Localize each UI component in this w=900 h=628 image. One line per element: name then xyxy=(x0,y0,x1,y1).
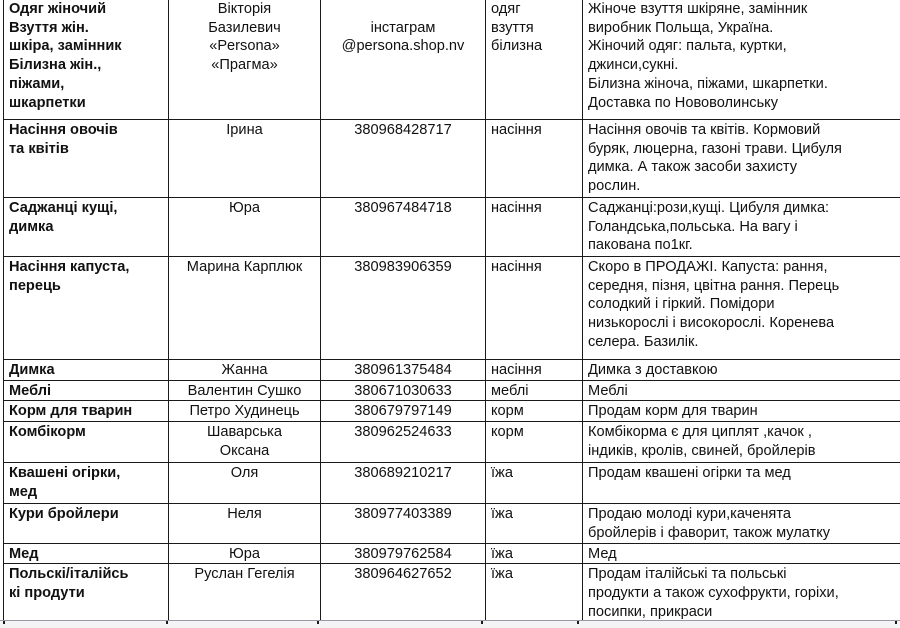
product-cell-line: піжами, xyxy=(9,75,163,94)
contact-cell: 380983906359 xyxy=(321,257,486,360)
seller-cell-line: Шаварська xyxy=(174,423,315,442)
description-cell-line: солодкий і гіркий. Помідори xyxy=(588,295,895,314)
listings-table-body: Одяг жіночийВзуття жін.шкіра, замінникБі… xyxy=(4,0,900,626)
table-row: Насіння капуста,перецьМарина Карплюк3809… xyxy=(4,257,900,360)
description-cell-line: джинси,сукні. xyxy=(588,56,895,75)
seller-cell: Руслан Гегелія xyxy=(169,564,321,626)
product-cell-line: мед xyxy=(9,483,163,502)
category-cell-line: насіння xyxy=(491,199,577,218)
seller-cell: ВікторіяБазилевич«Persona»«Прагма» xyxy=(169,0,321,120)
category-cell: їжа xyxy=(486,504,583,543)
description-cell: Продам корм для тварин xyxy=(583,401,900,422)
description-cell-line: низькорослі і високорослі. Коренева xyxy=(588,314,895,333)
contact-cell: 380961375484 xyxy=(321,360,486,381)
product-cell-line: Білизна жін., xyxy=(9,56,163,75)
seller-cell: Жанна xyxy=(169,360,321,381)
category-cell-line: білизна xyxy=(491,37,577,56)
seller-cell-line: «Прагма» xyxy=(174,56,315,75)
contact-cell-line: 380979762584 xyxy=(326,545,480,564)
description-cell-line: пакована по1кг. xyxy=(588,236,895,255)
contact-cell-line: інстаграм xyxy=(326,19,480,38)
contact-cell: 380689210217 xyxy=(321,463,486,504)
table-row: Саджанці кущі,димкаЮра380967484718насінн… xyxy=(4,198,900,257)
product-cell: Одяг жіночийВзуття жін.шкіра, замінникБі… xyxy=(4,0,169,120)
product-cell-line: Меблі xyxy=(9,382,163,401)
category-cell: їжа xyxy=(486,543,583,564)
description-cell-line: Скоро в ПРОДАЖІ. Капуста: рання, xyxy=(588,258,895,277)
category-cell: корм xyxy=(486,422,583,463)
product-cell: Корм для тварин xyxy=(4,401,169,422)
category-cell-line: їжа xyxy=(491,464,577,483)
product-cell: Меблі xyxy=(4,380,169,401)
category-cell: їжа xyxy=(486,463,583,504)
category-cell: насіння xyxy=(486,360,583,381)
table-row: Одяг жіночийВзуття жін.шкіра, замінникБі… xyxy=(4,0,900,120)
product-cell-line: Насіння капуста, xyxy=(9,258,163,277)
table-row: МедЮра380979762584їжаМед xyxy=(4,543,900,564)
category-cell-line: насіння xyxy=(491,121,577,140)
description-cell: Продам італійські та польськіпродукти а … xyxy=(583,564,900,626)
table-row: Польскі/італійські продутиРуслан Гегелія… xyxy=(4,564,900,626)
column-border-stub xyxy=(895,621,897,624)
description-cell-line: посипки, прикраси xyxy=(588,603,895,622)
description-cell-line: Димка з доставкою xyxy=(588,361,895,380)
seller-cell-line: «Persona» xyxy=(174,37,315,56)
seller-cell: Юра xyxy=(169,198,321,257)
seller-cell-line: Юра xyxy=(174,545,315,564)
product-cell: Польскі/італійські продути xyxy=(4,564,169,626)
table-row: Насіння овочівта квітівІрина380968428717… xyxy=(4,120,900,198)
column-border-stub xyxy=(317,621,319,624)
product-cell-line: Мед xyxy=(9,545,163,564)
seller-cell-line: Жанна xyxy=(174,361,315,380)
description-cell-line: Насіння овочів та квітів. Кормовий xyxy=(588,121,895,140)
category-cell: корм xyxy=(486,401,583,422)
contact-cell-line: 380967484718 xyxy=(326,199,480,218)
category-cell: насіння xyxy=(486,257,583,360)
contact-cell-line: @persona.shop.nv xyxy=(326,37,480,56)
seller-cell: Валентин Сушко xyxy=(169,380,321,401)
product-cell-line: Польскі/італійсь xyxy=(9,565,163,584)
description-cell-line: Жіноче взуття шкіряне, замінник xyxy=(588,0,895,19)
contact-cell-line: 380977403389 xyxy=(326,505,480,524)
table-row: КомбікормШаварськаОксана380962524633корм… xyxy=(4,422,900,463)
seller-cell-line: Валентин Сушко xyxy=(174,382,315,401)
column-border-stub xyxy=(166,621,168,624)
seller-cell-line: Руслан Гегелія xyxy=(174,565,315,584)
seller-cell-line: Юра xyxy=(174,199,315,218)
product-cell-line: перець xyxy=(9,277,163,296)
category-cell: насіння xyxy=(486,198,583,257)
contact-cell: 380962524633 xyxy=(321,422,486,463)
table-row: Квашені огірки,медОля380689210217їжаПрод… xyxy=(4,463,900,504)
contact-cell: 380968428717 xyxy=(321,120,486,198)
seller-cell-line: Неля xyxy=(174,505,315,524)
product-cell-line: Насіння овочів xyxy=(9,121,163,140)
category-cell-line: взуття xyxy=(491,19,577,38)
contact-cell: 380679797149 xyxy=(321,401,486,422)
description-cell-line: середня, пізня, цвітна рання. Перець xyxy=(588,277,895,296)
category-cell-line: їжа xyxy=(491,545,577,564)
table-row: Кури бройлериНеля380977403389їжаПродаю м… xyxy=(4,504,900,543)
table-row: МебліВалентин Сушко380671030633мебліМебл… xyxy=(4,380,900,401)
description-cell-line: Доставка по Нововолинську xyxy=(588,94,895,113)
description-cell-line: Продам корм для тварин xyxy=(588,402,895,421)
contact-cell: 380977403389 xyxy=(321,504,486,543)
product-cell-line: Саджанці кущі, xyxy=(9,199,163,218)
contact-cell: 380964627652 xyxy=(321,564,486,626)
description-cell-line: селера. Базилік. xyxy=(588,333,895,352)
page-bottom-edge xyxy=(0,620,900,628)
product-cell-line: Одяг жіночий xyxy=(9,0,163,19)
product-cell: Насіння овочівта квітів xyxy=(4,120,169,198)
contact-cell-line xyxy=(326,0,480,19)
contact-cell: 380979762584 xyxy=(321,543,486,564)
seller-cell: Юра xyxy=(169,543,321,564)
description-cell: Жіноче взуття шкіряне, замінниквиробник … xyxy=(583,0,900,120)
description-cell-line: Продаю молоді кури,каченята xyxy=(588,505,895,524)
contact-cell-line: 380968428717 xyxy=(326,121,480,140)
product-cell-line: Взуття жін. xyxy=(9,19,163,38)
contact-cell-line: 380671030633 xyxy=(326,382,480,401)
category-cell: їжа xyxy=(486,564,583,626)
product-cell: Квашені огірки,мед xyxy=(4,463,169,504)
category-cell-line: насіння xyxy=(491,258,577,277)
description-cell-line: Мед xyxy=(588,545,895,564)
seller-cell-line: Вікторія xyxy=(174,0,315,19)
description-cell: Продам квашені огірки та мед xyxy=(583,463,900,504)
description-cell-line: Жіночий одяг: пальта, куртки, xyxy=(588,37,895,56)
category-cell-line: їжа xyxy=(491,565,577,584)
description-cell-line: буряк, люцерна, газоні трави. Цибуля xyxy=(588,140,895,159)
seller-cell: Петро Худинець xyxy=(169,401,321,422)
contact-cell-line: 380964627652 xyxy=(326,565,480,584)
description-cell-line: бройлерів і фаворит, також мулатку xyxy=(588,524,895,543)
product-cell: Комбікорм xyxy=(4,422,169,463)
description-cell: Саджанці:рози,кущі. Цибуля димка:Голандс… xyxy=(583,198,900,257)
category-cell-line: одяг xyxy=(491,0,577,19)
product-cell-line: Кури бройлери xyxy=(9,505,163,524)
description-cell: Скоро в ПРОДАЖІ. Капуста: рання,середня,… xyxy=(583,257,900,360)
seller-cell-line: Ірина xyxy=(174,121,315,140)
seller-cell: ШаварськаОксана xyxy=(169,422,321,463)
contact-cell: 380671030633 xyxy=(321,380,486,401)
contact-cell: 380967484718 xyxy=(321,198,486,257)
category-cell-line: корм xyxy=(491,402,577,421)
category-cell: меблі xyxy=(486,380,583,401)
seller-cell: Марина Карплюк xyxy=(169,257,321,360)
seller-cell: Неля xyxy=(169,504,321,543)
category-cell: насіння xyxy=(486,120,583,198)
description-cell-line: димка. А також засоби захисту xyxy=(588,158,895,177)
contact-cell-line: 380962524633 xyxy=(326,423,480,442)
column-border-stub xyxy=(481,621,483,624)
description-cell-line: Продам квашені огірки та мед xyxy=(588,464,895,483)
description-cell-line: виробник Польща, Україна. xyxy=(588,19,895,38)
column-border-stub xyxy=(577,621,579,624)
table-row: Корм для тваринПетро Худинець38067979714… xyxy=(4,401,900,422)
contact-cell: інстаграм@persona.shop.nv xyxy=(321,0,486,120)
product-cell: Кури бройлери xyxy=(4,504,169,543)
description-cell-line: рослин. xyxy=(588,177,895,196)
seller-cell-line: Марина Карплюк xyxy=(174,258,315,277)
document-page: Одяг жіночийВзуття жін.шкіра, замінникБі… xyxy=(0,0,900,628)
seller-cell-line: Базилевич xyxy=(174,19,315,38)
seller-cell-line: Оля xyxy=(174,464,315,483)
description-cell: Димка з доставкою xyxy=(583,360,900,381)
contact-cell-line: 380961375484 xyxy=(326,361,480,380)
description-cell-line: Меблі xyxy=(588,382,895,401)
category-cell-line: їжа xyxy=(491,505,577,524)
product-cell-line: шкарпетки xyxy=(9,94,163,113)
product-cell: Димка xyxy=(4,360,169,381)
column-border-stub xyxy=(3,621,5,624)
product-cell-line: шкіра, замінник xyxy=(9,37,163,56)
product-cell: Мед xyxy=(4,543,169,564)
listings-table: Одяг жіночийВзуття жін.шкіра, замінникБі… xyxy=(3,0,900,626)
product-cell-line: димка xyxy=(9,218,163,237)
category-cell-line: корм xyxy=(491,423,577,442)
product-cell-line: Квашені огірки, xyxy=(9,464,163,483)
product-cell: Насіння капуста,перець xyxy=(4,257,169,360)
category-cell-line: меблі xyxy=(491,382,577,401)
product-cell-line: Корм для тварин xyxy=(9,402,163,421)
seller-cell: Ірина xyxy=(169,120,321,198)
seller-cell-line: Оксана xyxy=(174,442,315,461)
description-cell-line: Саджанці:рози,кущі. Цибуля димка: xyxy=(588,199,895,218)
product-cell-line: Димка xyxy=(9,361,163,380)
description-cell-line: Комбікорма є для циплят ,качок , xyxy=(588,423,895,442)
seller-cell-line: Петро Худинець xyxy=(174,402,315,421)
contact-cell-line: 380689210217 xyxy=(326,464,480,483)
category-cell: одягвзуттябілизна xyxy=(486,0,583,120)
description-cell: Мед xyxy=(583,543,900,564)
description-cell: Насіння овочів та квітів. Кормовийбуряк,… xyxy=(583,120,900,198)
description-cell-line: продукти а також сухофрукти, горіхи, xyxy=(588,584,895,603)
description-cell-line: індиків, кролів, свиней, бройлерів xyxy=(588,442,895,461)
contact-cell-line: 380983906359 xyxy=(326,258,480,277)
product-cell-line: Комбікорм xyxy=(9,423,163,442)
description-cell-line: Білизна жіноча, піжами, шкарпетки. xyxy=(588,75,895,94)
description-cell-line: Голандська,польська. На вагу і xyxy=(588,218,895,237)
description-cell: Продаю молоді кури,каченятабройлерів і ф… xyxy=(583,504,900,543)
product-cell-line: та квітів xyxy=(9,140,163,159)
category-cell-line: насіння xyxy=(491,361,577,380)
product-cell: Саджанці кущі,димка xyxy=(4,198,169,257)
description-cell-line: Продам італійські та польські xyxy=(588,565,895,584)
seller-cell: Оля xyxy=(169,463,321,504)
product-cell-line: кі продути xyxy=(9,584,163,603)
description-cell: Комбікорма є для циплят ,качок ,індиків,… xyxy=(583,422,900,463)
contact-cell-line: 380679797149 xyxy=(326,402,480,421)
description-cell: Меблі xyxy=(583,380,900,401)
table-row: ДимкаЖанна380961375484насінняДимка з дос… xyxy=(4,360,900,381)
